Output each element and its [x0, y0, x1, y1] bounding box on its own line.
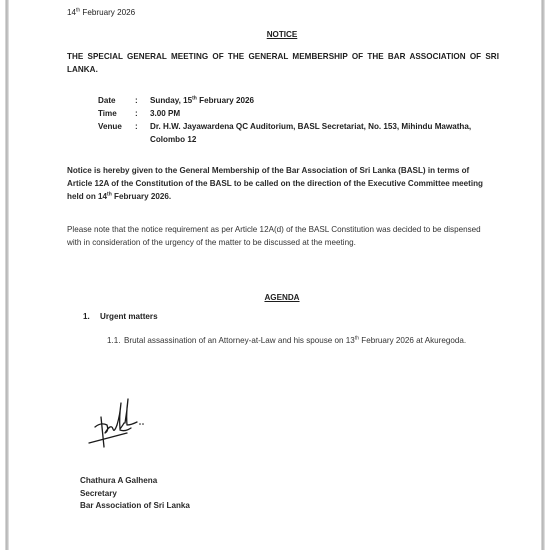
detail-time: Time : 3.00 PM: [98, 107, 490, 120]
agenda-sub-item: 1.1. Brutal assassination of an Attorney…: [107, 334, 496, 347]
detail-value: Sunday, 15th February 2026: [150, 94, 490, 107]
page-border-left: [5, 0, 9, 550]
detail-label: Date: [98, 94, 135, 107]
detail-date: Date : Sunday, 15th February 2026: [98, 94, 490, 107]
meeting-details: Date : Sunday, 15th February 2026 Time :…: [98, 94, 490, 146]
page-border-right: [541, 0, 545, 550]
detail-value: 3.00 PM: [150, 107, 490, 120]
dispensation-paragraph: Please note that the notice requirement …: [67, 223, 495, 249]
document-date: 14th February 2026: [67, 6, 135, 19]
signatory-organization: Bar Association of Sri Lanka: [80, 500, 190, 513]
signatory-block: Chathura A Galhena Secretary Bar Associa…: [80, 475, 190, 513]
detail-label: Time: [98, 107, 135, 120]
notice-heading: NOTICE: [67, 28, 497, 41]
signatory-title: Secretary: [80, 488, 190, 501]
signature-image: [87, 395, 157, 454]
detail-label: Venue: [98, 120, 135, 146]
signatory-name: Chathura A Galhena: [80, 475, 190, 488]
detail-value: Dr. H.W. Jayawardena QC Auditorium, BASL…: [150, 120, 480, 146]
notice-paragraph: Notice is hereby given to the General Me…: [67, 164, 495, 203]
agenda-heading: AGENDA: [67, 291, 497, 304]
agenda-item: 1. Urgent matters: [83, 310, 158, 323]
meeting-title: THE SPECIAL GENERAL MEETING OF THE GENER…: [67, 50, 499, 76]
detail-venue: Venue : Dr. H.W. Jayawardena QC Auditori…: [98, 120, 490, 146]
